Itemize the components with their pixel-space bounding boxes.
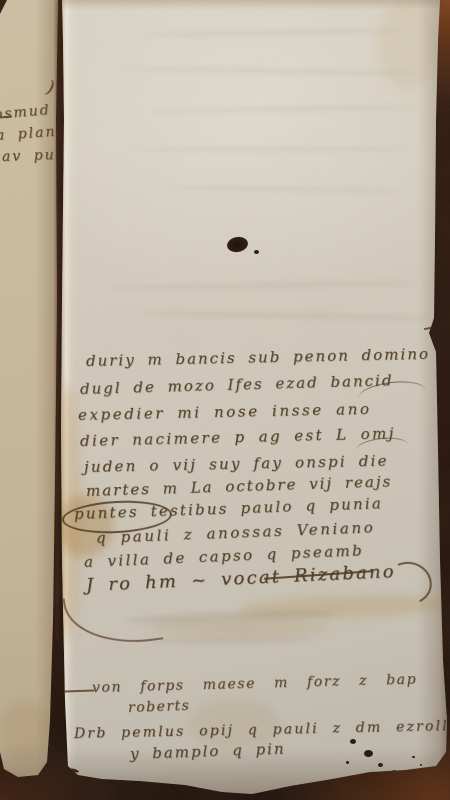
fold-shadow bbox=[55, 0, 59, 640]
main-page: duriy m bancis sub penon domino dugl de … bbox=[0, 0, 450, 800]
ink-speck bbox=[254, 250, 259, 254]
ghost-bleed-line bbox=[130, 146, 410, 152]
ink-spatter bbox=[350, 739, 356, 744]
page-edge-shade bbox=[60, 0, 450, 10]
manuscript-photo: ) osmud a pland av pu duriy m bancis bbox=[0, 0, 450, 800]
manuscript-line: roberts bbox=[128, 698, 191, 716]
